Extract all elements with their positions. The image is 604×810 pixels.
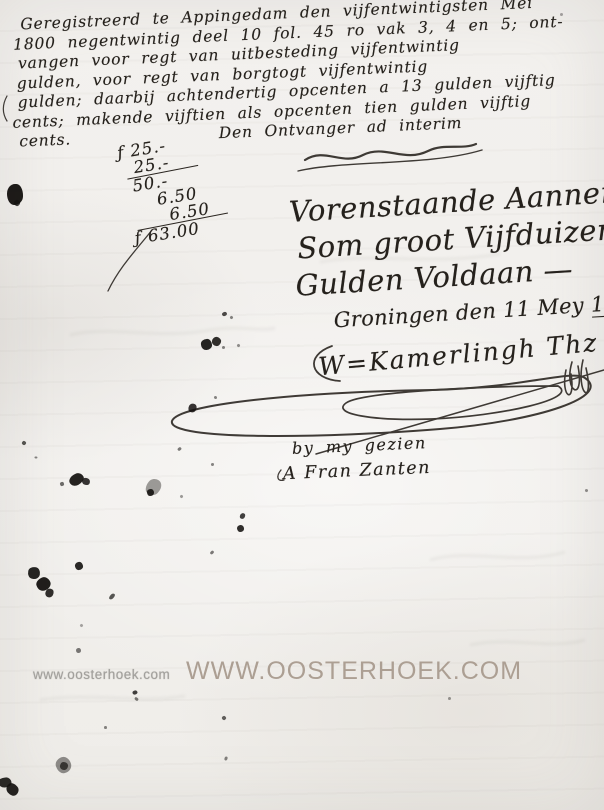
scanned-document-page: Geregistreerd te Appingedam den vijfentw… (0, 0, 604, 810)
ink-spot (224, 756, 228, 761)
ink-spot (221, 311, 227, 317)
ink-spot (180, 495, 184, 499)
ink-spot (74, 561, 83, 570)
ink-spot (58, 760, 69, 771)
sum-column: ƒ 25.- 25.- 50.- 6.50 6.50 ƒ 63.00 (108, 129, 231, 249)
ink-spot (222, 346, 226, 350)
settlement-statement: Vorenstaande Aannemings Som groot Vijfdu… (288, 169, 604, 341)
ink-spot (214, 396, 217, 399)
ink-spot (132, 690, 138, 695)
ink-spot (585, 489, 589, 493)
ink-spot (237, 525, 244, 532)
ink-spot (0, 777, 12, 788)
cents-word: cents. (19, 130, 71, 150)
ink-spot (143, 476, 164, 498)
ink-spot (79, 623, 83, 627)
ink-spot (108, 593, 116, 601)
signature-flourish (565, 360, 589, 395)
ink-spot (60, 482, 65, 487)
ink-spot (210, 550, 215, 555)
ink-spot (67, 471, 86, 488)
ink-spot (34, 575, 52, 593)
ink-spot (221, 715, 227, 721)
ink-spot (21, 440, 27, 446)
ink-spot (27, 566, 41, 580)
ink-spot (7, 184, 23, 205)
year: 1830 (590, 289, 604, 317)
ink-spot (448, 697, 452, 701)
ink-spot (210, 335, 223, 348)
ink-spot (4, 781, 21, 798)
ink-spot (76, 648, 82, 654)
signature-flourish (172, 376, 591, 436)
ink-spot (81, 477, 91, 486)
collector-signature-flourish (305, 144, 476, 160)
ink-spot (147, 489, 154, 496)
ink-spot (187, 402, 198, 414)
ink-spot (201, 339, 213, 351)
watermark-large: WWW.OOSTERHOEK.COM (186, 657, 522, 686)
ink-spot (177, 447, 182, 452)
ink-spot (236, 343, 240, 347)
ink-spot (54, 755, 73, 775)
ink-spot (239, 512, 246, 520)
ink-spot (104, 726, 107, 729)
ink-spot (13, 199, 21, 207)
ink-spot (134, 697, 139, 702)
ink-spot (34, 456, 37, 458)
watermark-small: www.oosterhoek.com (33, 667, 170, 682)
signature-flourish (343, 386, 562, 419)
ink-spot (44, 587, 55, 599)
registration-note: Geregistreerd te Appingedam den vijfentw… (6, 0, 604, 152)
ink-spot (211, 463, 215, 467)
ink-spot (229, 315, 233, 319)
attestation-line: by my gezien (292, 433, 427, 458)
attestation-signature: A Fran Zanten (283, 458, 432, 484)
